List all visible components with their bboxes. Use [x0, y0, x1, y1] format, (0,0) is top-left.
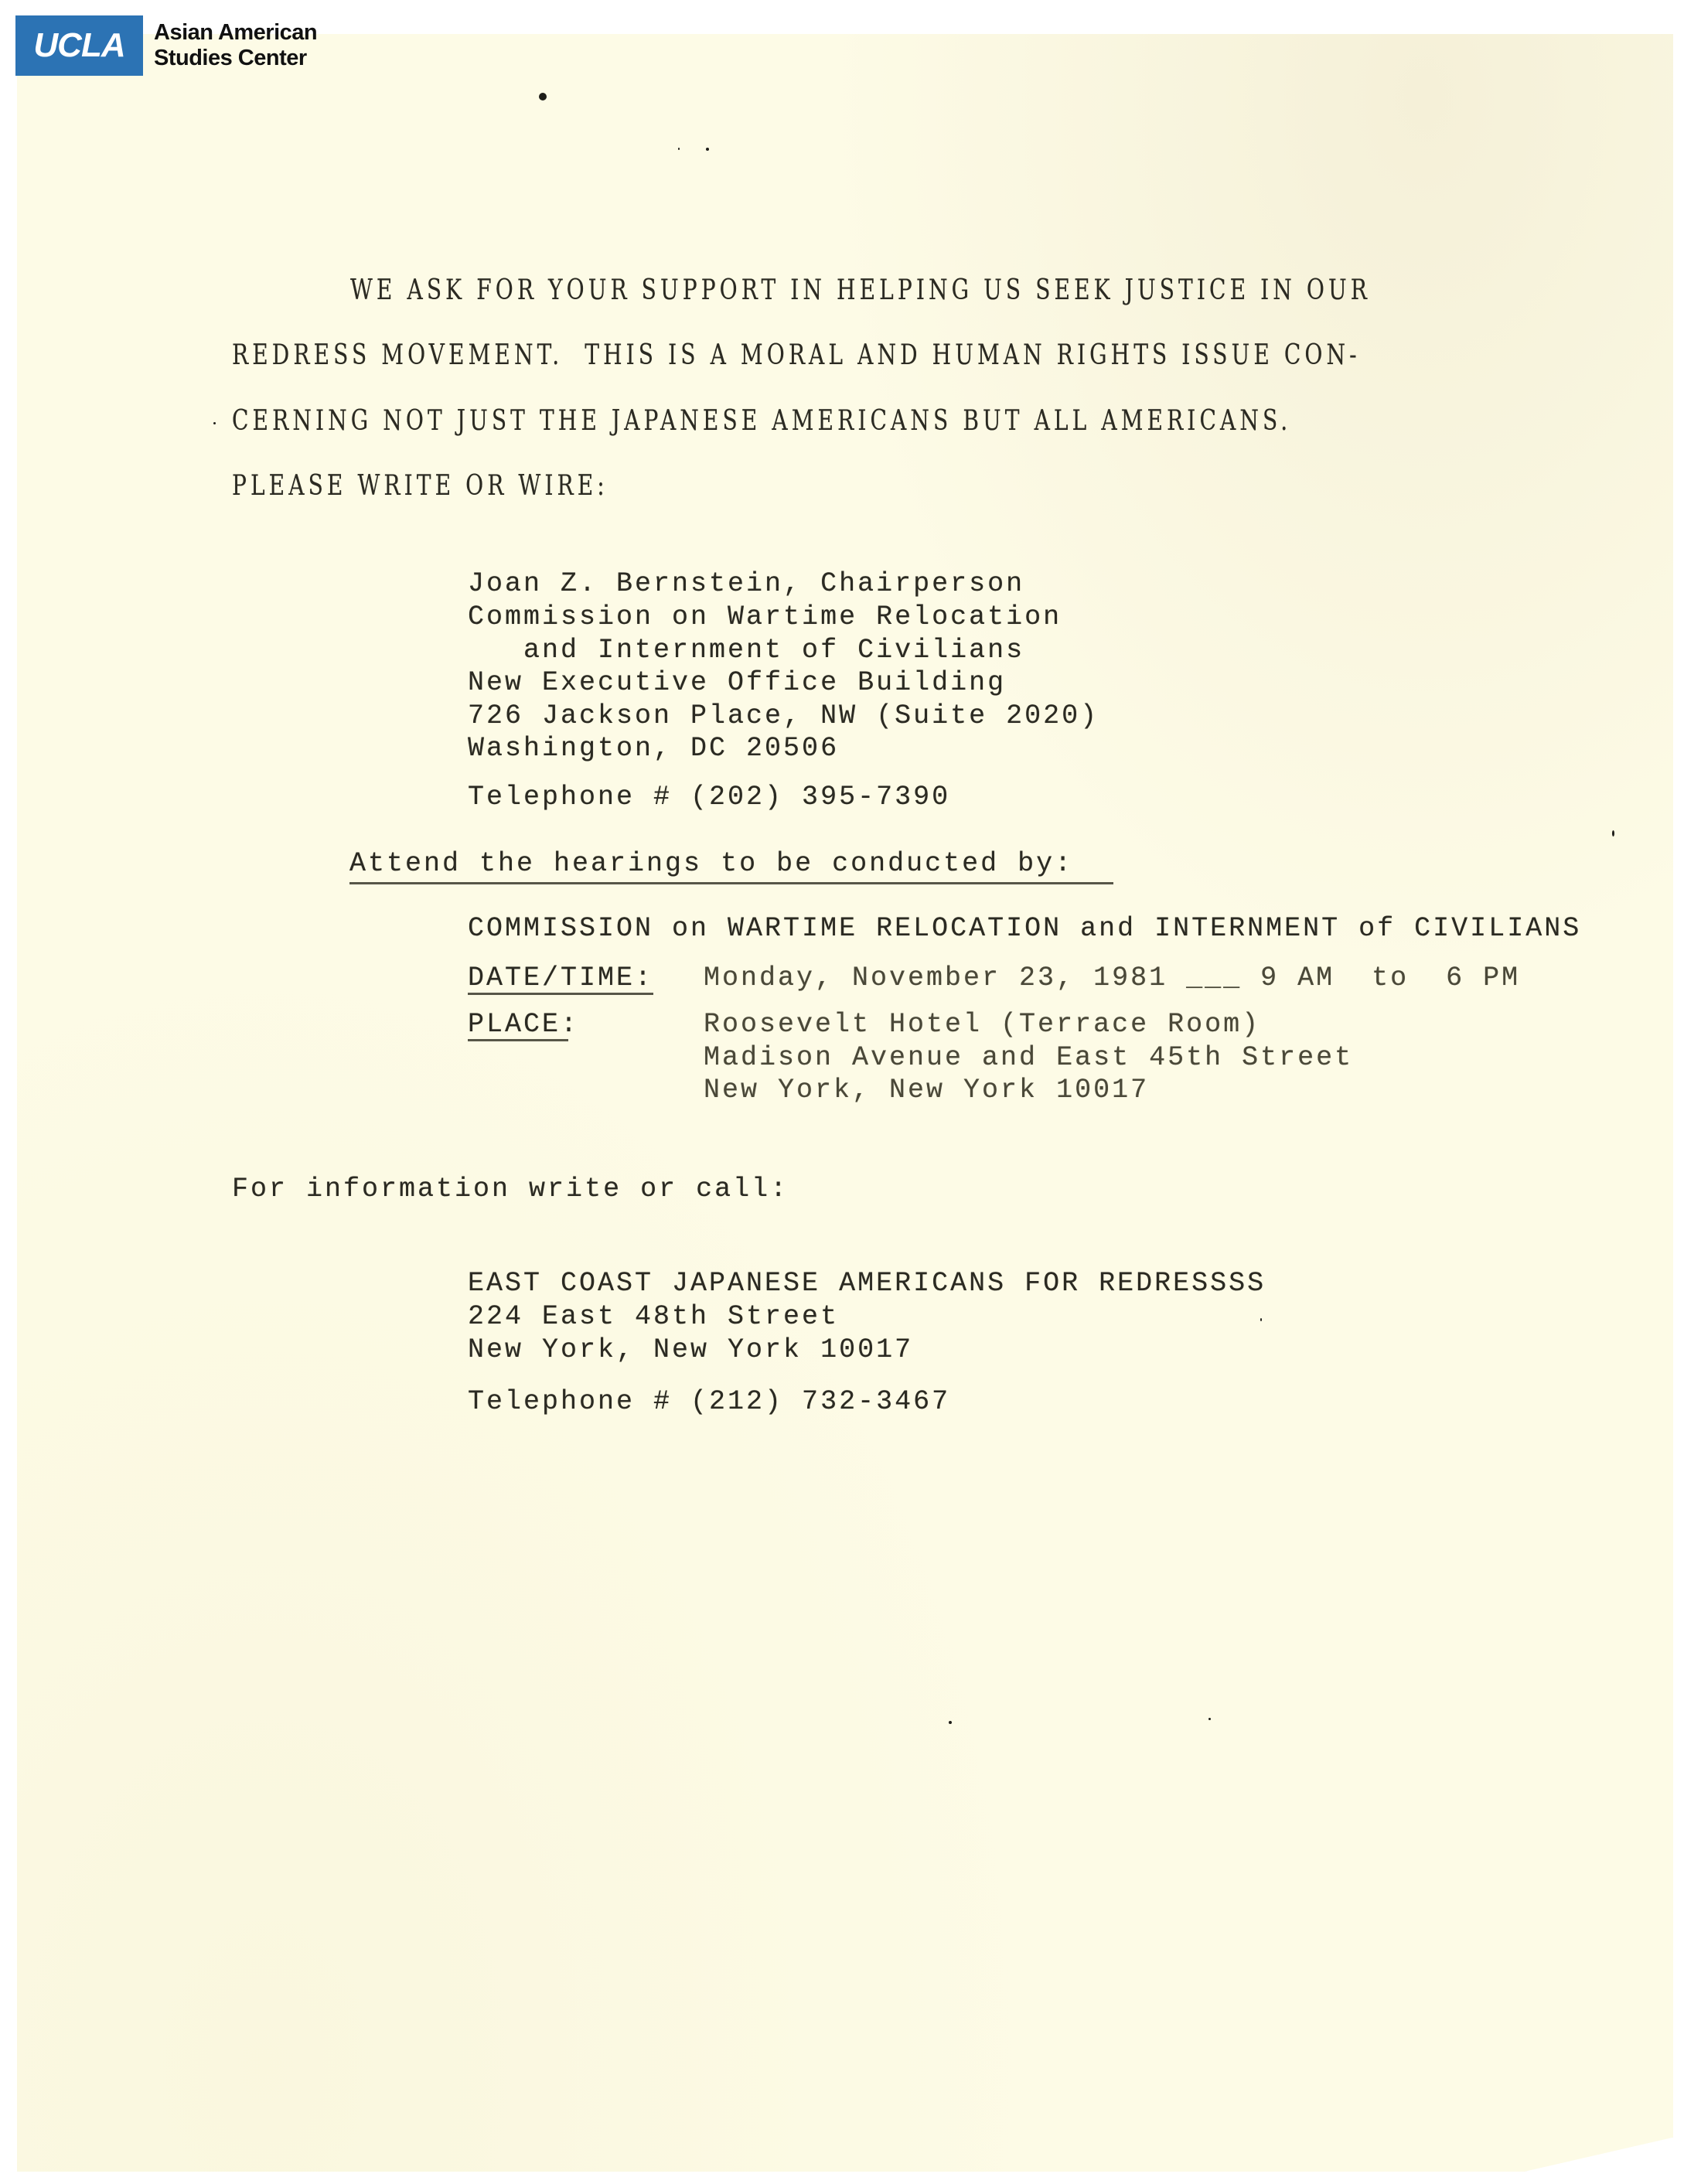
intro-line-3: CERNING NOT JUST THE JAPANESE AMERICANS …: [232, 407, 1291, 435]
intro-line-4: PLEASE WRITE OR WIRE:: [232, 472, 608, 500]
place-line: New York, New York 10017: [704, 1077, 1149, 1104]
address-line: Commission on Wartime Relocation: [468, 604, 1062, 631]
hearings-heading-underline: [349, 882, 1113, 884]
address-line: and Internment of Civilians: [468, 637, 1024, 664]
hearing-commission-name: COMMISSION on WARTIME RELOCATION and INT…: [468, 915, 1581, 942]
center-name-line-1: Asian American: [154, 20, 317, 46]
ink-speck: [213, 422, 216, 424]
info-heading: For information write or call:: [232, 1176, 789, 1203]
ink-speck: [706, 148, 709, 151]
place-line: Roosevelt Hotel (Terrace Room): [704, 1011, 1260, 1038]
address-line: New Executive Office Building: [468, 670, 1006, 697]
ucla-aasc-logo: UCLA Asian American Studies Center: [15, 15, 317, 76]
place-label: PLACE:: [468, 1011, 579, 1038]
ink-speck: [1260, 1318, 1262, 1321]
date-time-label-underline: [468, 993, 653, 995]
commission-telephone: Telephone # (202) 395-7390: [468, 784, 950, 811]
date-time-label: DATE/TIME:: [468, 965, 653, 992]
ucla-badge: UCLA: [15, 15, 143, 76]
center-name: Asian American Studies Center: [154, 20, 317, 71]
ink-speck: [1612, 830, 1614, 836]
address-line: 726 Jackson Place, NW (Suite 2020): [468, 703, 1099, 730]
intro-line-1: WE ASK FOR YOUR SUPPORT IN HELPING US SE…: [350, 277, 1371, 305]
hearings-heading: Attend the hearings to be conducted by:: [349, 850, 1073, 877]
ink-speck: [949, 1721, 952, 1724]
address-line: Joan Z. Bernstein, Chairperson: [468, 571, 1024, 598]
ink-speck: [1208, 1718, 1211, 1720]
place-line: Madison Avenue and East 45th Street: [704, 1044, 1353, 1072]
ink-speck: [539, 93, 547, 101]
ecjar-line: New York, New York 10017: [468, 1337, 913, 1364]
date-time-value: Monday, November 23, 1981 ___ 9 AM to 6 …: [704, 965, 1520, 992]
intro-line-2: REDRESS MOVEMENT. THIS IS A MORAL AND HU…: [232, 342, 1361, 370]
address-line: Washington, DC 20506: [468, 735, 839, 762]
ecjar-line: 224 East 48th Street: [468, 1303, 839, 1331]
center-name-line-2: Studies Center: [154, 46, 317, 71]
ink-speck: [678, 148, 680, 150]
ecjar-line: EAST COAST JAPANESE AMERICANS FOR REDRES…: [468, 1270, 1266, 1297]
ecjar-telephone: Telephone # (212) 732-3467: [468, 1388, 950, 1416]
place-label-underline: [468, 1039, 568, 1041]
